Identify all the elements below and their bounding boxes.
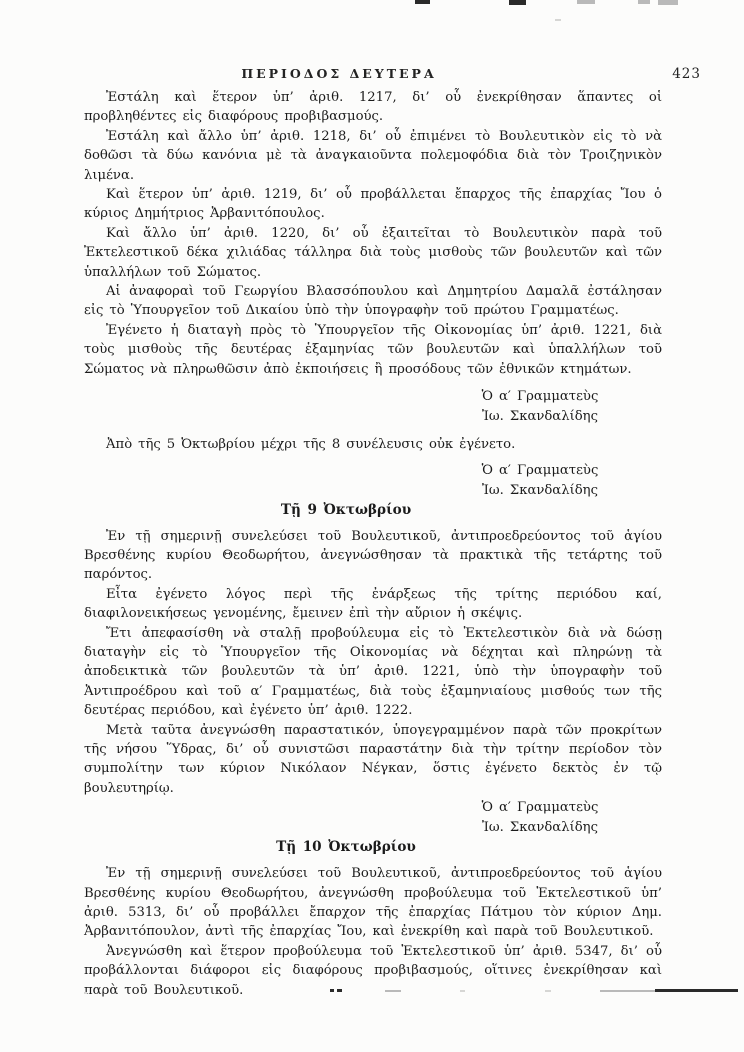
paragraph: Ἐν τῇ σημερινῇ συνελεύσει τοῦ Βουλευτικο… [84,864,662,942]
page-header-title: ΠΕΡΙΟΔΟΣ ΔΕΥΤΕΡΑ [0,66,744,81]
signature-name: Ἰω. Σκανδαλίδης [440,818,640,838]
text-column: Ἐστάλη καὶ ἕτερον ὑπ’ ἀριθ. 1217, δι’ οὗ… [84,88,662,1000]
paragraph: Ἐγένετο ἡ διαταγὴ πρὸς τὸ Ὑπουργεῖον τῆς… [84,321,662,379]
scan-artifact-bottom [460,990,465,992]
paragraph: Ἐν τῇ σημερινῇ συνελεύσει τοῦ Βουλευτικο… [84,527,662,585]
scan-artifact-bottom-line [655,989,738,992]
running-head: ΠΕΡΙΟΔΟΣ ΔΕΥΤΕΡΑ 423 [0,66,744,84]
scan-artifact-bottom [330,989,334,992]
paragraph: Ἔτι ἀπεφασίσθη νὰ σταλῇ προβούλευμα εἰς … [84,624,662,721]
scan-artifact-top [509,0,526,5]
paragraph: Ἐστάλη καὶ ἕτερον ὑπ’ ἀριθ. 1217, δι’ οὗ… [84,88,662,127]
scan-artifact-top [577,0,595,4]
scanned-book-page: ΠΕΡΙΟΔΟΣ ΔΕΥΤΕΡΑ 423 Ἐστάλη καὶ ἕτερον ὑ… [0,0,744,1052]
paragraph: Ἐστάλη καὶ ἄλλο ὑπ’ ἀριθ. 1218, δι’ οὗ ἐ… [84,127,662,185]
scan-artifact-top [638,0,650,4]
paragraph: Αἱ ἀναφοραὶ τοῦ Γεωργίου Βλασσόπουλου κα… [84,282,662,321]
page-number: 423 [672,66,701,82]
scan-artifact-bottom [337,989,342,992]
signature-block: Ὁ α′ Γραμματεὺς Ἰω. Σκανδαλίδης [440,387,640,427]
section-heading-oct-9: Τῇ 9 Ὀκτωβρίου [46,501,624,519]
paragraph: Ἀνεγνώσθη καὶ ἕτερον προβούλευμα τοῦ Ἐκτ… [84,942,662,1000]
scan-artifact-speck [555,19,561,21]
section-heading-oct-10: Τῇ 10 Ὀκτωβρίου [46,838,624,856]
paragraph: Μετὰ ταῦτα ἀνεγνώσθη παραστατικόν, ὑπογε… [84,721,662,799]
signature-block: Ὁ α′ Γραμματεὺς Ἰω. Σκανδαλίδης [440,798,640,838]
signature-block: Ὁ α′ Γραμματεὺς Ἰω. Σκανδαλίδης [440,461,640,501]
signature-name: Ἰω. Σκανδαλίδης [440,407,640,427]
paragraph: Εἶτα ἐγένετο λόγος περὶ τῆς ἐνάρξεως τῆς… [84,585,662,624]
no-session-note: Ἀπὸ τῆς 5 Ὀκτωβρίου μέχρι τῆς 8 συνέλευσ… [84,435,662,454]
paragraph: Καὶ ἄλλο ὑπ’ ἀριθ. 1220, δι’ οὗ ἐξαιτεῖτ… [84,224,662,282]
scan-artifact-bottom [385,990,401,992]
session-oct-9: Ἐν τῇ σημερινῇ συνελεύσει τοῦ Βουλευτικο… [84,527,662,799]
scan-artifact-bottom-line [600,990,655,992]
scan-artifact-bottom [545,990,551,992]
scan-artifact-speck [84,992,87,994]
paragraph: Καὶ ἕτερον ὑπ’ ἀριθ. 1219, δι’ οὗ προβάλ… [84,185,662,224]
signature-name: Ἰω. Σκανδαλίδης [440,481,640,501]
scan-artifact-top [415,0,430,4]
signature-role: Ὁ α′ Γραμματεὺς [440,461,640,481]
scan-artifact-top [658,0,678,5]
session-oct-10: Ἐν τῇ σημερινῇ συνελεύσει τοῦ Βουλευτικο… [84,864,662,1000]
signature-role: Ὁ α′ Γραμματεὺς [440,798,640,818]
signature-role: Ὁ α′ Γραμματεὺς [440,387,640,407]
